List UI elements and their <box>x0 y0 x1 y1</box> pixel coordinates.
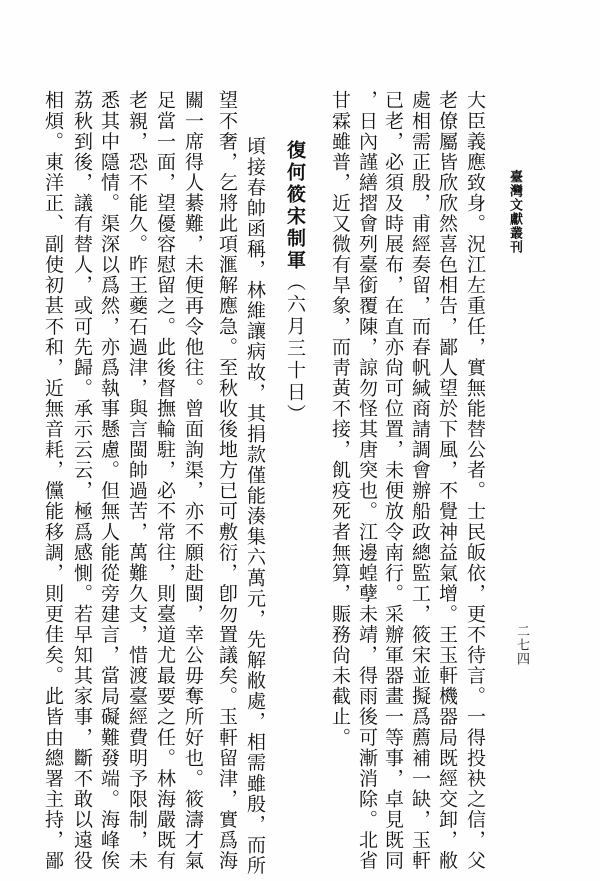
page-number: 二七四 <box>512 624 531 666</box>
text-column-1: 大臣義應致身。況江左重任，實無能替公者。士民皈依，更不待言。一得投袂之信，父 <box>463 90 487 871</box>
text-column-11: 老親，恐不能久。昨王夔石過津，與言閩帥過苦，萬難久支，惜渡臺經費明予限制，未 <box>125 90 149 871</box>
text-column-5: ，日內謹繕摺會列臺銜覆陳，諒勿怪其唐突也。江邊蝗孽未靖，得雨後可漸消除。北省 <box>355 90 379 871</box>
text-column-2: 老僚屬皆欣欣然喜色相告，鄙人望於下風，不覺神益氣增。王玉軒機器局既經交卸，敝 <box>435 90 459 871</box>
letter-date: （六月三十日） <box>284 272 306 426</box>
text-column-4: 已老，必須及時展布，在直亦尙可位置，未便放令南行。采辦軍器畫一等事，卓見既同 <box>381 90 405 871</box>
text-column-13: 荔秋到後，議有替人，或可先歸。承示云云，極爲感惻。若早知其家事，斷不敢以遠役 <box>70 90 94 871</box>
text-column-12: 悉其中隱情。渠深以爲然，亦爲執事懸慮。但無人能從旁建言，當局礙難發端。海峰俟 <box>97 90 121 871</box>
book-page: 臺灣文獻叢刊 二七四 大臣義應致身。況江左重任，實無能替公者。士民皈依，更不待言… <box>0 0 600 881</box>
text-column-8: 望不奢，乞將此項滙解應急。至秋收後地方已可敷衍，卽勿置議矣。玉軒留津，實爲海 <box>215 90 239 871</box>
letter-title: 復何筱宋制軍（六月三十日） <box>283 140 307 426</box>
letter-title-text: 復何筱宋制軍 <box>284 140 306 272</box>
text-column-3: 處相需正殷，甫經奏留，而春帆緘商請調會辦船政總監工，筱宋並擬爲薦補一缺，玉軒 <box>408 90 432 871</box>
text-column-10: 足當一面，望優容慰留之。此後督撫輪駐，必不常往，則臺道尤最要之任。林海嚴既有 <box>153 90 177 871</box>
text-column-9: 關一席得人綦難，未便再令他往。曾面詢渠，亦不願赴閩，幸公毋奪所好也。筱濤才氣 <box>181 90 205 871</box>
text-column-7: 頃接春帥函稱，林維讓病故，其捐款僅能湊集六萬元，先解敝處，相需雖殷，而所 <box>243 136 267 876</box>
text-column-6: 甘霖雖普，近又微有旱象，而靑黃不接，飢疫死者無算，賑務尙未截止。 <box>328 90 352 748</box>
text-column-14: 相煩。東洋正、副使初甚不和，近無音耗，儻能移調，則更佳矣。此皆由總署主持，鄙 <box>41 90 65 871</box>
series-title: 臺灣文獻叢刊 <box>505 170 524 254</box>
